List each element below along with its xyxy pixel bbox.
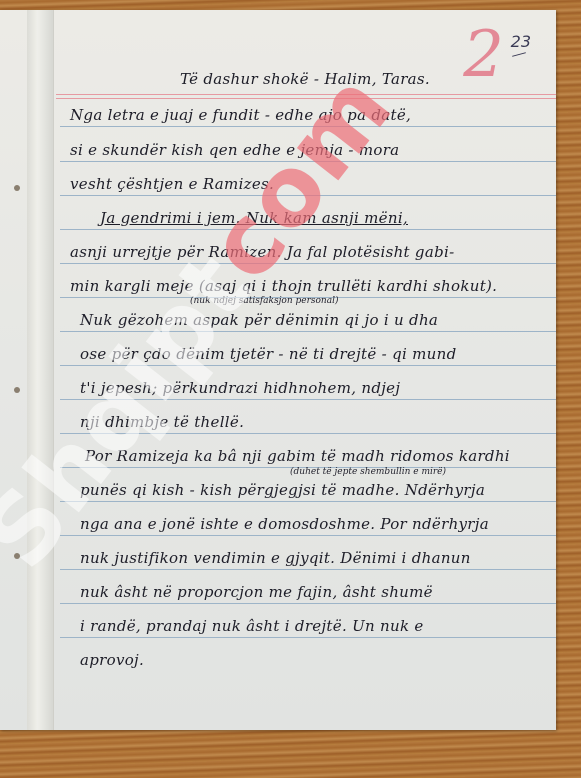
ruled-line bbox=[60, 569, 556, 570]
ruled-line bbox=[60, 501, 556, 502]
page-number-underline bbox=[512, 52, 526, 57]
page-fold bbox=[27, 10, 54, 730]
ruled-line bbox=[60, 263, 556, 264]
letter-line: nga ana e jonë ishte e domosdoshme. Por … bbox=[80, 515, 489, 533]
letter-line: nuk âsht në proporcjon me fajin, âsht sh… bbox=[80, 583, 433, 601]
punch-hole bbox=[14, 185, 20, 191]
red-page-annotation: 2 bbox=[463, 18, 504, 92]
ruled-line bbox=[60, 535, 556, 536]
punch-hole bbox=[14, 387, 20, 393]
letter-line: punës qi kish - kish përgjegjsi të madhe… bbox=[80, 481, 485, 499]
ruled-line bbox=[60, 603, 556, 604]
ruled-line bbox=[60, 637, 556, 638]
page-number: 23 bbox=[511, 32, 531, 51]
letter-line: i randë, prandaj nuk âsht i drejtë. Un n… bbox=[80, 617, 424, 635]
letter-line: nuk justifikon vendimin e gjyqit. Dënimi… bbox=[80, 549, 471, 567]
interlinear-note: (duhet të jepte shembullin e mirë) bbox=[290, 467, 446, 477]
letter-line: aprovoj. bbox=[80, 651, 144, 669]
